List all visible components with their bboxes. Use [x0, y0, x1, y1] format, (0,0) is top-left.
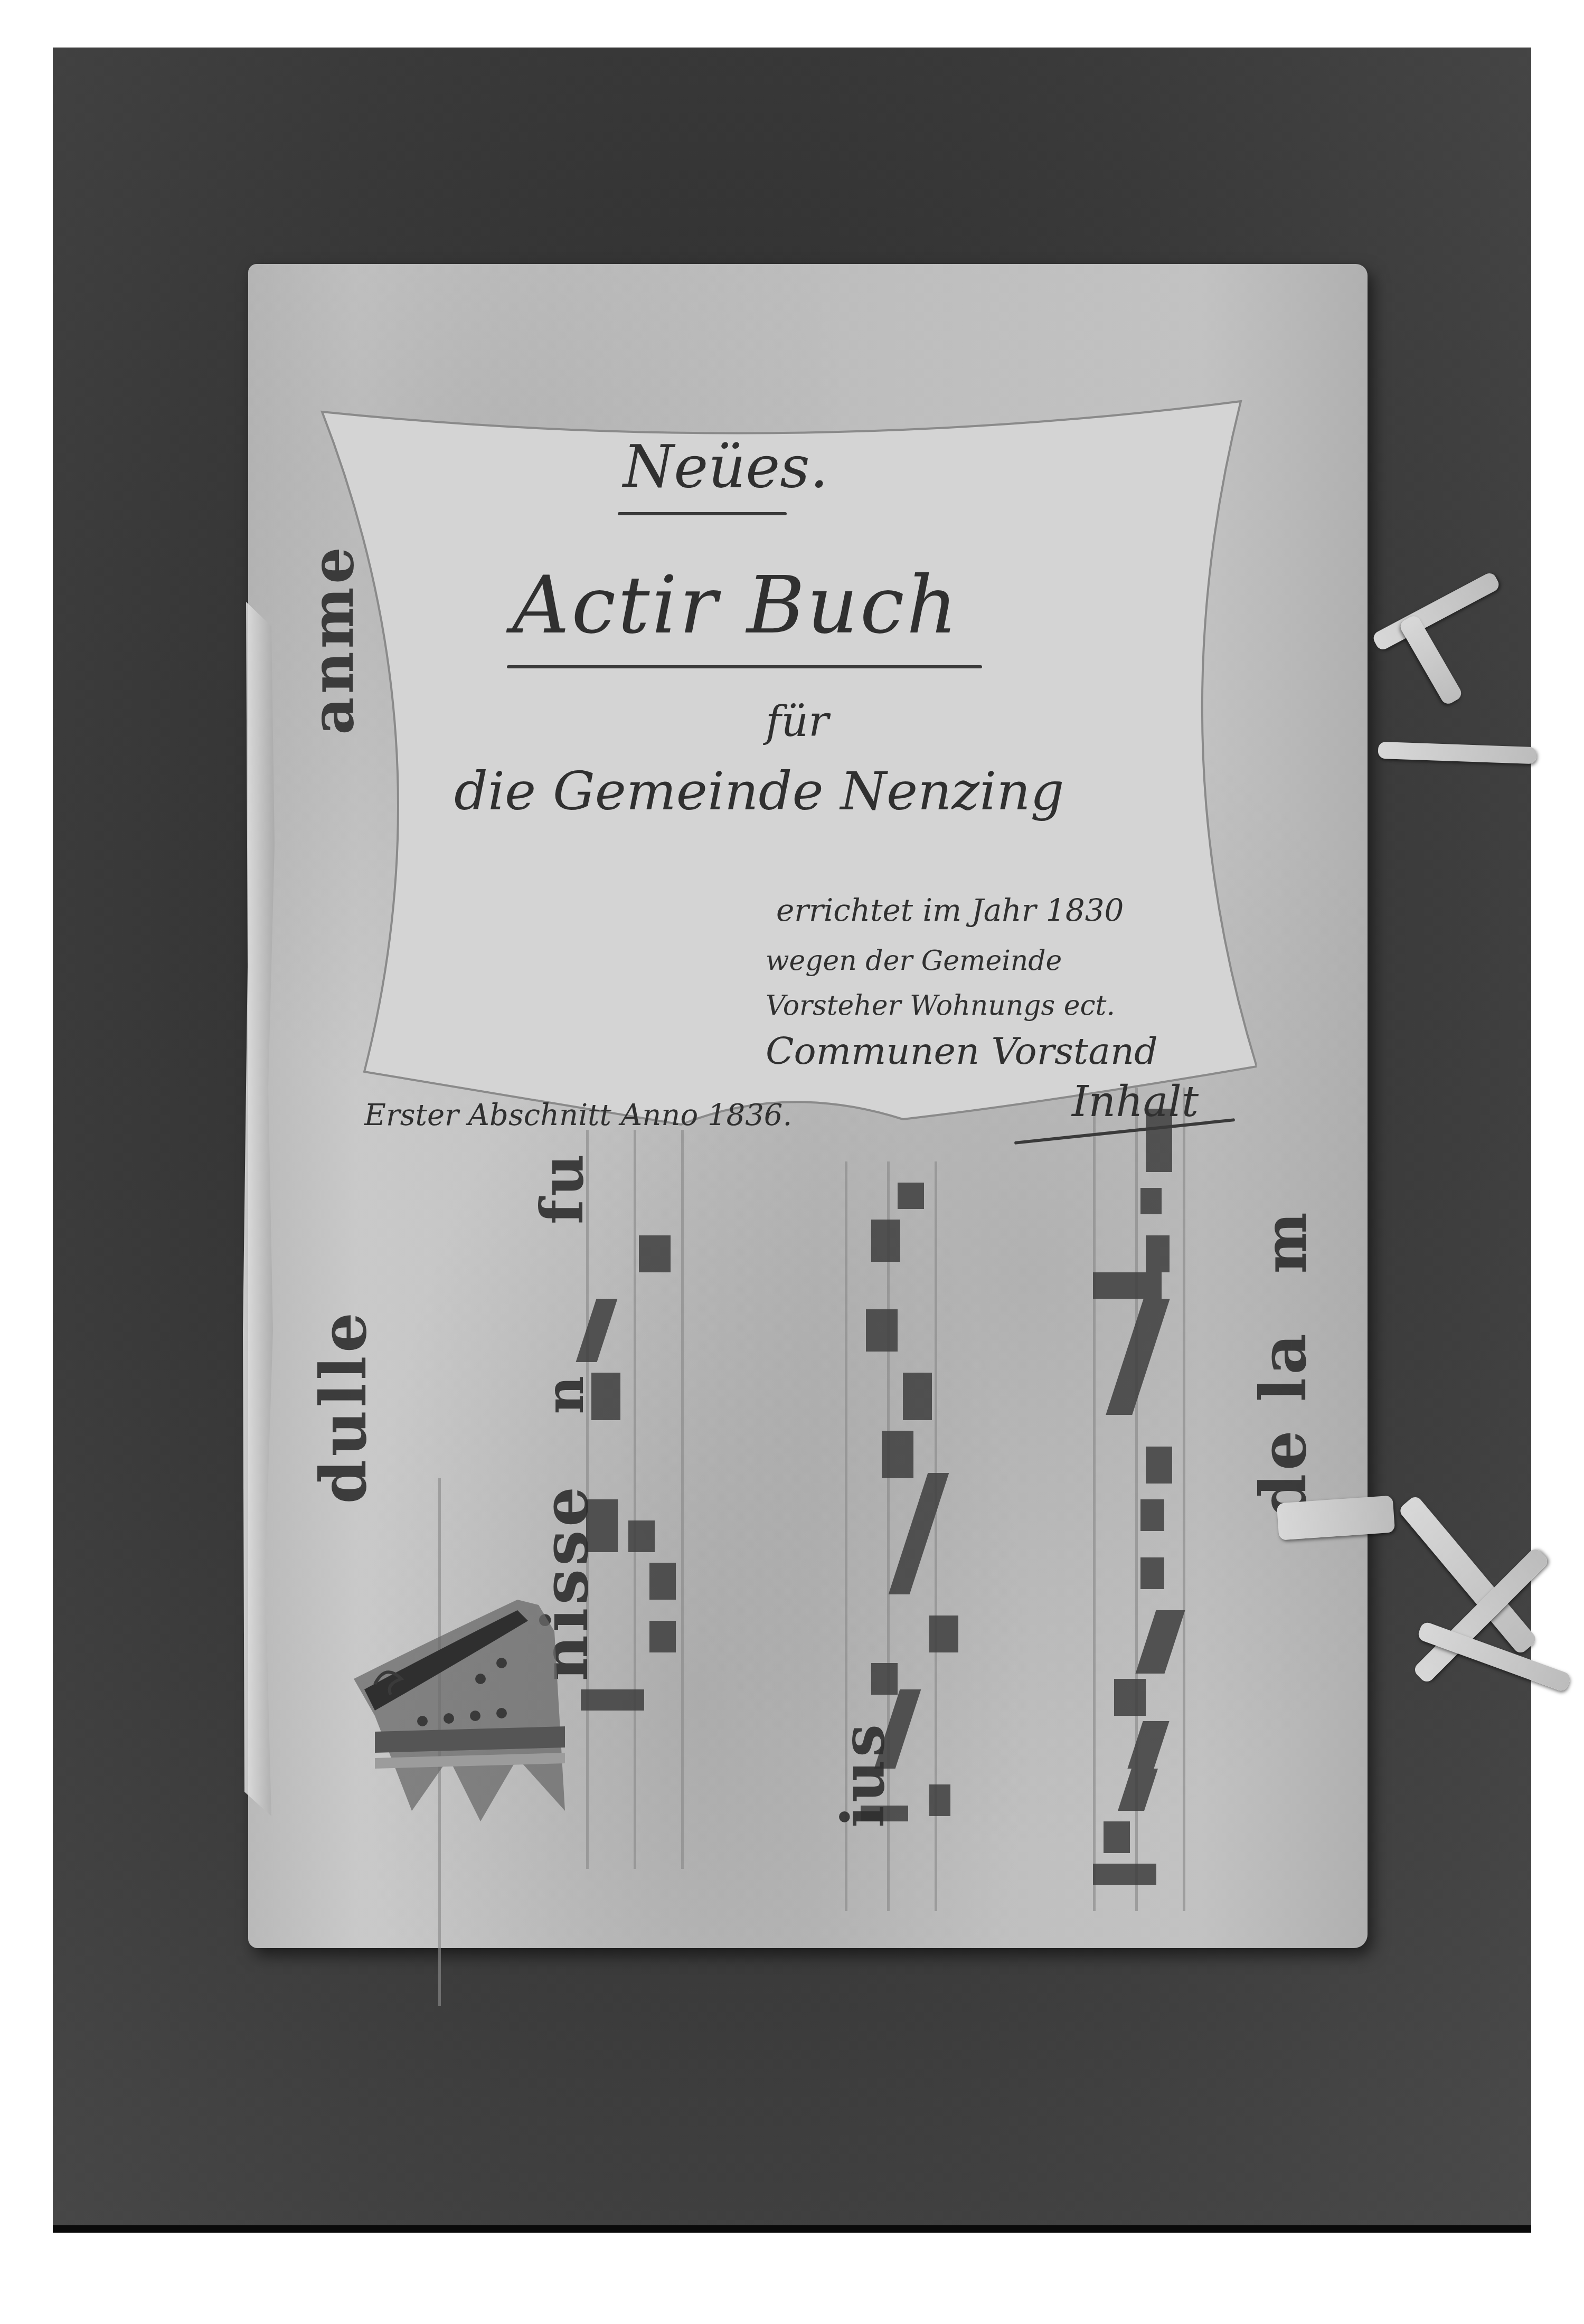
chant-note	[639, 1235, 671, 1272]
title-underline	[618, 512, 787, 515]
text-anno: Erster Abschnitt Anno 1836.	[364, 1098, 792, 1132]
chant-note	[1140, 1188, 1162, 1214]
chant-note	[1140, 1499, 1164, 1531]
chant-note	[1140, 1557, 1164, 1589]
title-underline	[507, 665, 982, 668]
chant-note	[1146, 1235, 1170, 1272]
text-vorsteher: Vorsteher Wohnungs ect.	[766, 990, 1115, 1022]
lyric-text: m	[1251, 1209, 1319, 1273]
title-label: Neües. Actir Buch für die Gemeinde Nenzi…	[312, 370, 1257, 1135]
chant-note	[866, 1309, 898, 1352]
lyric-text: dulle	[306, 1309, 381, 1504]
chant-note	[898, 1183, 924, 1209]
chant-note	[882, 1431, 913, 1478]
lyric-text: de la	[1246, 1330, 1321, 1518]
lyric-text: ius	[829, 1721, 897, 1828]
chant-note	[929, 1784, 950, 1816]
chant-note	[929, 1616, 958, 1652]
spine-damage	[243, 602, 275, 1816]
title-line-1: Neües.	[623, 433, 828, 500]
chant-note	[1146, 1447, 1172, 1484]
book-cover: anme dulle fu n nisse ius m de la Neües.…	[248, 264, 1368, 1948]
chant-note	[903, 1373, 932, 1420]
illuminated-initial	[343, 1600, 660, 1821]
staff-line	[681, 1130, 684, 1869]
chant-note	[1104, 1821, 1130, 1853]
chant-note	[889, 1473, 949, 1594]
text-errichtet: errichtet im Jahr 1830	[776, 892, 1124, 928]
chant-note	[1136, 1610, 1185, 1674]
lyric-text: fu	[528, 1151, 596, 1224]
text-fur: für	[766, 697, 828, 746]
text-vorstand: Communen Vorstand	[766, 1029, 1158, 1073]
chant-note	[649, 1563, 676, 1600]
text-gemeinde: die Gemeinde Nenzing	[454, 760, 1064, 822]
chant-note	[1114, 1679, 1146, 1716]
text-wegen: wegen der Gemeinde	[766, 945, 1062, 977]
chant-note	[1093, 1272, 1162, 1299]
chant-note	[871, 1220, 900, 1262]
chant-note	[628, 1520, 655, 1552]
chant-note	[1106, 1299, 1170, 1415]
chant-note	[1118, 1769, 1158, 1811]
chant-note	[1127, 1721, 1169, 1769]
chant-note	[576, 1299, 618, 1362]
text-inhalt: Inhalt	[1072, 1077, 1199, 1126]
staff-line	[1183, 1088, 1185, 1911]
title-line-2: Actir Buch	[512, 560, 959, 651]
chant-note	[591, 1373, 620, 1420]
chant-note	[871, 1663, 898, 1695]
staff-line	[1093, 1088, 1096, 1911]
chant-note	[1093, 1864, 1156, 1885]
lyric-text: n	[533, 1373, 596, 1414]
